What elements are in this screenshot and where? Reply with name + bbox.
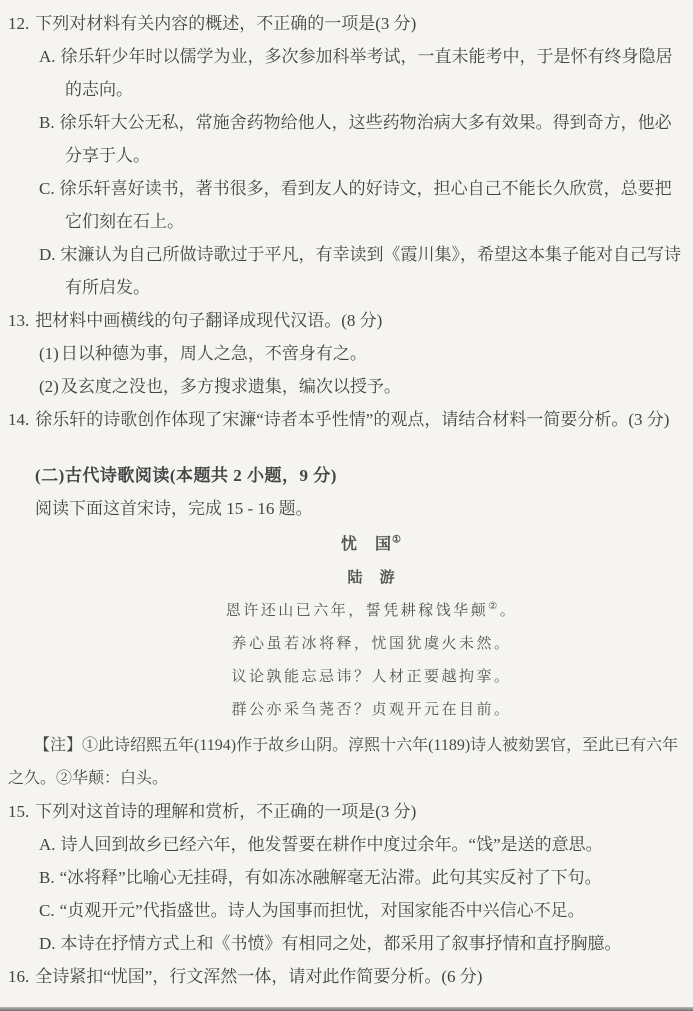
poem-line-1-text: 恩许还山已六年，誓凭耕稼饯华颠: [226, 603, 489, 619]
footnote-ref-1: ①: [392, 535, 402, 546]
option-text: “贞观开元”代指盛世。诗人为国事而担忧，对国家能否中兴信心不足。: [60, 901, 585, 920]
option-text: 徐乐轩大公无私，常施舍药物给他人，这些药物治病大多有效果。得到奇方，他必分享于人…: [60, 113, 672, 165]
option-label: A.: [39, 47, 56, 66]
option-text: 徐乐轩少年时以儒学为业，多次参加科举考试，一直未能考中，于是怀有终身隐居的志向。: [61, 47, 673, 99]
poem-line-3: 议论孰能忘忌讳？人材正要越拘挛。: [60, 661, 683, 694]
scan-bottom-edge: [0, 1007, 693, 1011]
option-label: D.: [39, 245, 56, 264]
poem-line-4: 群公亦采刍荛否？贞观开元在目前。: [60, 694, 683, 727]
poem-line-2: 养心虽若冰将释，忧国犹虞火未然。: [60, 628, 683, 661]
question-15-stem: 下列对这首诗的理解和赏析，不正确的一项是(3 分): [35, 802, 416, 821]
poem-title-text: 忧 国: [341, 536, 392, 553]
question-12-option-d: D.宋濂认为自己所做诗歌过于平凡，有幸读到《霞川集》，希望这本集子能对自己写诗有…: [39, 238, 683, 304]
sub-text: 及玄度之没也，多方搜求遗集，编次以授予。: [61, 377, 401, 396]
question-13-number: 13.: [8, 311, 29, 330]
sub-label: (1): [39, 344, 59, 363]
footnote-ref-2: ②: [488, 601, 499, 612]
exam-page: 12.下列对材料有关内容的概述，不正确的一项是(3 分) A.徐乐轩少年时以儒学…: [0, 0, 693, 993]
option-text: 诗人回到故乡已经六年，他发誓要在耕作中度过余年。“饯”是送的意思。: [61, 835, 603, 854]
poem-line-1: 恩许还山已六年，誓凭耕稼饯华颠②。: [60, 595, 683, 628]
question-14-stem: 徐乐轩的诗歌创作体现了宋濂“诗者本乎性情”的观点，请结合材料一简要分析。(3 分…: [35, 410, 669, 429]
poem-footnote: 【注】①此诗绍熙五年(1194)作于故乡山阴。淳熙十六年(1189)诗人被劾罢官…: [8, 729, 683, 795]
option-label: A.: [39, 835, 56, 854]
footnote-body: ①此诗绍熙五年(1194)作于故乡山阴。淳熙十六年(1189)诗人被劾罢官，至此…: [8, 737, 678, 787]
question-13: 13.把材料中画横线的句子翻译成现代汉语。(8 分): [8, 304, 683, 337]
question-15-number: 15.: [8, 802, 29, 821]
question-13-sentence-2: (2)及玄度之没也，多方搜求遗集，编次以授予。: [39, 370, 683, 403]
option-label: C.: [39, 179, 55, 198]
question-15-option-a: A.诗人回到故乡已经六年，他发誓要在耕作中度过余年。“饯”是送的意思。: [39, 828, 683, 861]
option-text: 徐乐轩喜好读书，著书很多，看到友人的好诗文，担心自己不能长久欣赏，总要把它们刻在…: [60, 179, 672, 231]
sub-text: 日以种德为事，周人之急，不啻身有之。: [61, 344, 367, 363]
section-2-instruction: 阅读下面这首宋诗，完成 15 - 16 题。: [35, 492, 683, 525]
section-2-header: (二)古代诗歌阅读(本题共 2 小题，9 分): [35, 459, 683, 492]
question-14: 14.徐乐轩的诗歌创作体现了宋濂“诗者本乎性情”的观点，请结合材料一简要分析。(…: [8, 403, 683, 436]
question-15-option-b: B.“冰将释”比喻心无挂碍，有如冻冰融解毫无沾滞。此句其实反衬了下句。: [39, 861, 683, 894]
question-12-stem: 下列对材料有关内容的概述，不正确的一项是(3 分): [35, 14, 416, 33]
question-12-option-b: B.徐乐轩大公无私，常施舍药物给他人，这些药物治病大多有效果。得到奇方，他必分享…: [39, 106, 683, 172]
option-text: 宋濂认为自己所做诗歌过于平凡，有幸读到《霞川集》，希望这本集子能对自己写诗有所启…: [61, 245, 682, 297]
question-16-number: 16.: [8, 967, 29, 986]
option-label: B.: [39, 868, 55, 887]
option-label: C.: [39, 901, 55, 920]
question-14-number: 14.: [8, 410, 29, 429]
question-16-stem: 全诗紧扣“忧国”，行文浑然一体，请对此作简要分析。(6 分): [35, 967, 482, 986]
question-15: 15.下列对这首诗的理解和赏析，不正确的一项是(3 分): [8, 795, 683, 828]
option-text: 本诗在抒情方式上和《书愤》有相同之处，都采用了叙事抒情和直抒胸臆。: [61, 934, 622, 953]
question-13-sentence-1: (1)日以种德为事，周人之急，不啻身有之。: [39, 337, 683, 370]
question-15-option-d: D.本诗在抒情方式上和《书愤》有相同之处，都采用了叙事抒情和直抒胸臆。: [39, 927, 683, 960]
poem-author: 陆 游: [60, 562, 683, 595]
footnote-label: 【注】: [34, 737, 82, 754]
question-15-option-c: C.“贞观开元”代指盛世。诗人为国事而担忧，对国家能否中兴信心不足。: [39, 894, 683, 927]
poem-title: 忧 国①: [60, 528, 683, 561]
question-16: 16.全诗紧扣“忧国”，行文浑然一体，请对此作简要分析。(6 分): [8, 960, 683, 993]
question-12-option-a: A.徐乐轩少年时以儒学为业，多次参加科举考试，一直未能考中，于是怀有终身隐居的志…: [39, 40, 683, 106]
question-12-number: 12.: [8, 14, 29, 33]
poem: 忧 国① 陆 游 恩许还山已六年，誓凭耕稼饯华颠②。 养心虽若冰将释，忧国犹虞火…: [8, 528, 683, 727]
sub-label: (2): [39, 377, 59, 396]
option-label: D.: [39, 934, 56, 953]
poem-line-1-period: 。: [500, 603, 518, 619]
option-text: “冰将释”比喻心无挂碍，有如冻冰融解毫无沾滞。此句其实反衬了下句。: [60, 868, 602, 887]
question-12: 12.下列对材料有关内容的概述，不正确的一项是(3 分): [8, 7, 683, 40]
question-12-option-c: C.徐乐轩喜好读书，著书很多，看到友人的好诗文，担心自己不能长久欣赏，总要把它们…: [39, 172, 683, 238]
question-13-stem: 把材料中画横线的句子翻译成现代汉语。(8 分): [35, 311, 382, 330]
option-label: B.: [39, 113, 55, 132]
